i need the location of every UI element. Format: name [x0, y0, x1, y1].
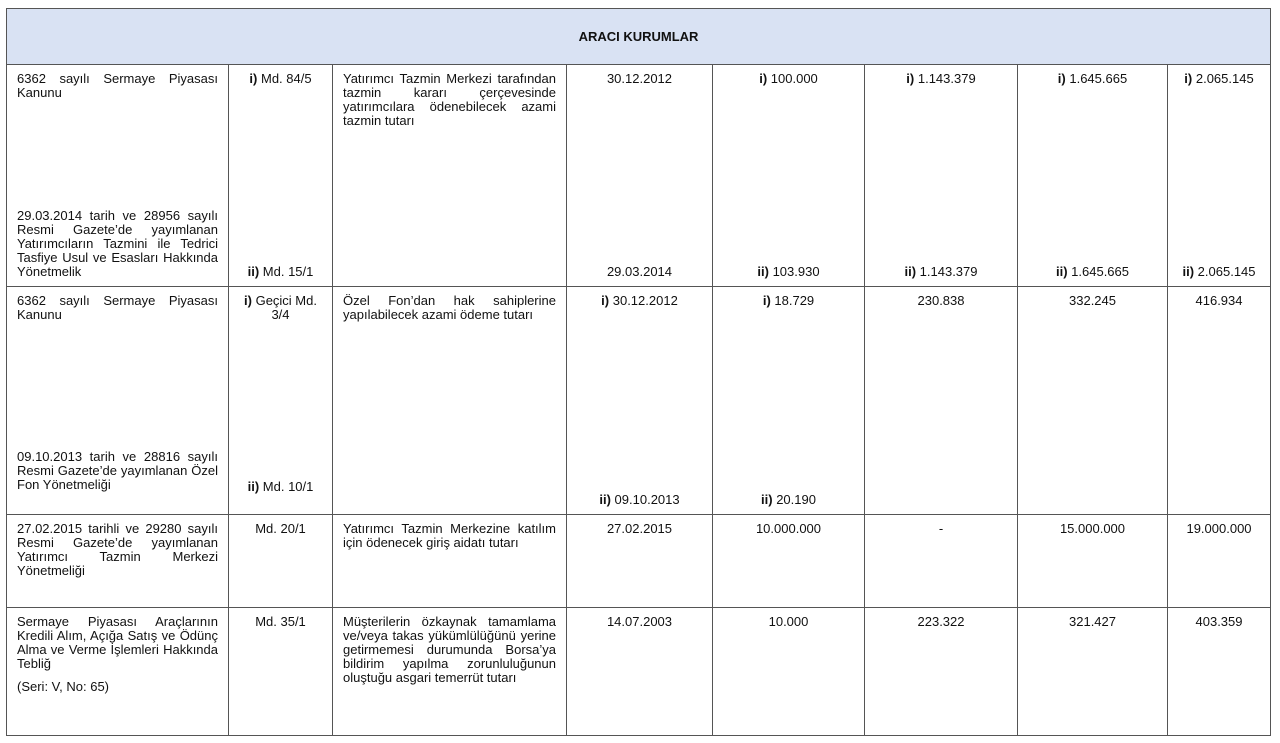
article-cell: i) Geçici Md. 3/4 ii) Md. 10/1: [229, 287, 333, 515]
value-1-primary: i) 1.143.379: [875, 72, 1007, 86]
value-2: 15.000.000: [1018, 515, 1167, 536]
regulation-cell: 6362 sayılı Sermaye Piyasası Kanunu 29.0…: [7, 65, 229, 287]
article-secondary: ii) Md. 15/1: [239, 265, 322, 279]
description-text: Özel Fon’dan hak sahiplerine yapılabilec…: [343, 294, 556, 322]
date-cell: 14.07.2003: [567, 608, 713, 736]
value-1-cell: i) 1.143.379 ii) 1.143.379: [865, 65, 1018, 287]
value-1-cell: 230.838: [865, 287, 1018, 515]
value-3-cell: 403.359: [1168, 608, 1271, 736]
date-cell: i) 30.12.2012 ii) 09.10.2013: [567, 287, 713, 515]
date-text: 14.07.2003: [567, 608, 712, 629]
value-3: 403.359: [1168, 608, 1270, 629]
regulation-primary: 6362 sayılı Sermaye Piyasası Kanunu: [17, 72, 218, 100]
amount-primary: i) 100.000: [723, 72, 854, 86]
description-text: Yatırımcı Tazmin Merkezi tarafından tazm…: [343, 72, 556, 128]
amount-secondary: ii) 20.190: [723, 493, 854, 507]
article-text: Md. 35/1: [229, 608, 332, 629]
value-3-cell: 416.934: [1168, 287, 1271, 515]
section-title: ARACI KURUMLAR: [7, 9, 1271, 65]
article-cell: i) Md. 84/5 ii) Md. 15/1: [229, 65, 333, 287]
description-text: Yatırımcı Tazmin Merkezine katılım için …: [333, 515, 566, 550]
regulation-secondary: 29.03.2014 tarih ve 28956 sayılı Resmi G…: [17, 209, 218, 279]
value-1: 230.838: [875, 294, 1007, 308]
description-text: Müşterilerin özkaynak tamamlama ve/veya …: [333, 608, 566, 685]
value-1-secondary: ii) 1.143.379: [875, 265, 1007, 279]
value-1: 223.322: [865, 608, 1017, 629]
amount-text: 10.000: [713, 608, 864, 629]
amount-text: 10.000.000: [713, 515, 864, 536]
value-1: -: [865, 515, 1017, 536]
value-2-cell: 321.427: [1018, 608, 1168, 736]
article-cell: Md. 35/1: [229, 608, 333, 736]
value-2-primary: i) 1.645.665: [1028, 72, 1157, 86]
article-secondary: ii) Md. 10/1: [239, 480, 322, 494]
value-3-secondary: ii) 2.065.145: [1178, 265, 1260, 279]
date-secondary: 29.03.2014: [577, 265, 702, 279]
table-header-row: ARACI KURUMLAR: [7, 9, 1271, 65]
description-cell: Özel Fon’dan hak sahiplerine yapılabilec…: [333, 287, 567, 515]
value-2: 321.427: [1018, 608, 1167, 629]
amount-primary: i) 18.729: [723, 294, 854, 308]
regulation-cell: 27.02.2015 tarihli ve 29280 sayılı Resmi…: [7, 515, 229, 608]
regulation-text: Sermaye Piyasası Araçlarının Kredili Alı…: [17, 615, 218, 671]
regulation-primary: 6362 sayılı Sermaye Piyasası Kanunu: [17, 294, 218, 322]
value-3-cell: i) 2.065.145 ii) 2.065.145: [1168, 65, 1271, 287]
amount-cell: i) 100.000 ii) 103.930: [713, 65, 865, 287]
value-3-primary: i) 2.065.145: [1178, 72, 1260, 86]
amount-cell: 10.000.000: [713, 515, 865, 608]
value-2-cell: i) 1.645.665 ii) 1.645.665: [1018, 65, 1168, 287]
amount-secondary: ii) 103.930: [723, 265, 854, 279]
article-primary: i) Md. 84/5: [239, 72, 322, 86]
value-1-cell: -: [865, 515, 1018, 608]
value-2-secondary: ii) 1.645.665: [1028, 265, 1157, 279]
value-3: 416.934: [1178, 294, 1260, 308]
article-text: Md. 20/1: [229, 515, 332, 536]
date-secondary: ii) 09.10.2013: [577, 493, 702, 507]
value-2-cell: 15.000.000: [1018, 515, 1168, 608]
table-row: Sermaye Piyasası Araçlarının Kredili Alı…: [7, 608, 1271, 736]
date-text: 27.02.2015: [567, 515, 712, 536]
table-row: 6362 sayılı Sermaye Piyasası Kanunu 29.0…: [7, 65, 1271, 287]
description-cell: Müşterilerin özkaynak tamamlama ve/veya …: [333, 608, 567, 736]
date-primary: 30.12.2012: [577, 72, 702, 86]
regulation-note: (Seri: V, No: 65): [17, 680, 218, 694]
value-3-cell: 19.000.000: [1168, 515, 1271, 608]
article-cell: Md. 20/1: [229, 515, 333, 608]
value-1-cell: 223.322: [865, 608, 1018, 736]
table-row: 27.02.2015 tarihli ve 29280 sayılı Resmi…: [7, 515, 1271, 608]
regulation-secondary: 09.10.2013 tarih ve 28816 sayılı Resmi G…: [17, 450, 218, 492]
regulation-amounts-table: ARACI KURUMLAR 6362 sayılı Sermaye Piyas…: [6, 8, 1271, 736]
article-primary: i) Geçici Md. 3/4: [239, 294, 322, 322]
table-row: 6362 sayılı Sermaye Piyasası Kanunu 09.1…: [7, 287, 1271, 515]
regulation-text: 27.02.2015 tarihli ve 29280 sayılı Resmi…: [7, 515, 228, 578]
value-3: 19.000.000: [1168, 515, 1270, 536]
value-2-cell: 332.245: [1018, 287, 1168, 515]
amount-cell: i) 18.729 ii) 20.190: [713, 287, 865, 515]
regulation-cell: Sermaye Piyasası Araçlarının Kredili Alı…: [7, 608, 229, 736]
description-cell: Yatırımcı Tazmin Merkezine katılım için …: [333, 515, 567, 608]
date-cell: 30.12.2012 29.03.2014: [567, 65, 713, 287]
date-cell: 27.02.2015: [567, 515, 713, 608]
date-primary: i) 30.12.2012: [577, 294, 702, 308]
amount-cell: 10.000: [713, 608, 865, 736]
value-2: 332.245: [1028, 294, 1157, 308]
regulation-cell: 6362 sayılı Sermaye Piyasası Kanunu 09.1…: [7, 287, 229, 515]
description-cell: Yatırımcı Tazmin Merkezi tarafından tazm…: [333, 65, 567, 287]
